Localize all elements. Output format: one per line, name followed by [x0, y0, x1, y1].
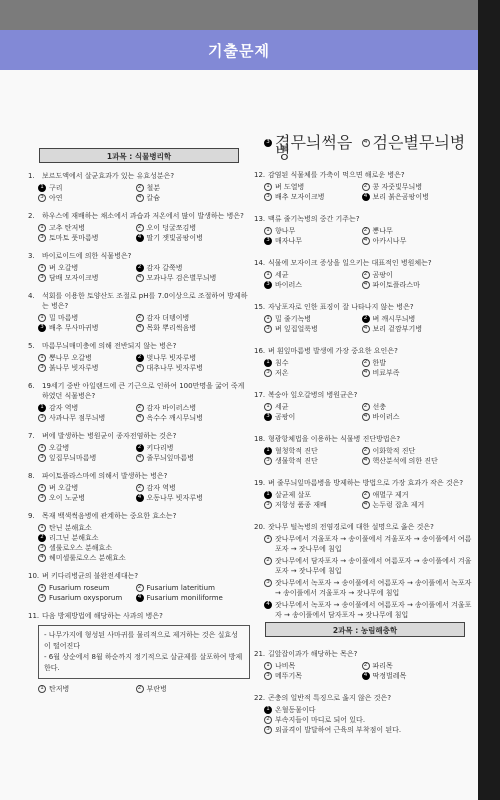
question-text: 벼 키다리병균의 불완전세대는? [42, 571, 250, 581]
option-marker: 3 [38, 194, 46, 202]
options: 1세균2곰팡이3바이러스4파이토플라스마 [254, 270, 476, 290]
answer-option: 1벼 오갈병 [38, 263, 136, 273]
option-label: 저항성 품종 재배 [275, 500, 362, 510]
option-label: 모과나무 검은별무늬병 [147, 273, 250, 283]
option-label: 키다리병 [147, 443, 250, 453]
option-marker: 1 [38, 524, 46, 532]
question-head: 20.잣나무 털녹병의 전염경로에 대한 설명으로 옳은 것은? [254, 522, 476, 532]
option-label: 선충 [373, 402, 476, 412]
answer-option: 3붉나무 빗자루병 [38, 363, 136, 373]
question-text: 목재 백색썩음병에 관계하는 중요한 효소는? [42, 511, 250, 521]
answer-option: 2감자 역병 [136, 483, 250, 493]
question-text: 보르도액에서 살균효과가 있는 유효성분은? [42, 171, 250, 181]
note-line: - 나무가지에 형성된 사마귀를 물리적으로 제거하는 것은 실효성이 떨어진다 [44, 630, 244, 652]
answer-option: 3배추 무사마귀병 [38, 323, 136, 333]
option-marker: 4 [136, 274, 144, 282]
question-head: 8.파이토플라스마에 의해서 발생하는 병은? [28, 471, 250, 481]
option-marker: 4 [136, 414, 144, 422]
page-title: 기출문제 [208, 40, 270, 61]
question-q5: 5.마름무늬매미충에 의해 전반되지 않는 병은?1뽕나무 오갈병2벚나무 빗자… [28, 341, 250, 373]
option-label: 잣나무에서 녹포자 → 송이풀에서 여름포자 → 송이풀에서 겨울포자 → 송이… [275, 600, 476, 620]
answer-option: 4대추나무 빗자루병 [136, 363, 250, 373]
question-text: 바이로이드에 의한 식물병은? [42, 251, 250, 261]
option-marker: 3 [264, 325, 272, 333]
option-label: 오동나무 빗자루병 [147, 493, 250, 503]
answer-option: 2뽕나무 [362, 226, 476, 236]
selected-answer-marker: 1 [38, 404, 46, 412]
option-label: 벼 오갈병 [49, 263, 136, 273]
option-label: 칼슘 [147, 193, 250, 203]
selected-answer-marker: 1 [264, 359, 272, 367]
answer-option: 2애멸구 제거 [362, 490, 476, 500]
options: 1구리2철분3아연4칼슘 [28, 183, 250, 203]
option-label: 고추 탄저병 [49, 223, 136, 233]
question-head: 7.벼에 발생하는 병원균이 종자전염하는 것은? [28, 431, 250, 441]
answer-option: 2부란병 [136, 684, 250, 694]
option-label: 향나무 [275, 226, 362, 236]
answer-option: 2곰팡이 [362, 270, 476, 280]
option-marker: 4 [362, 413, 370, 421]
answer-option: 2오이 덩굴쪼김병 [136, 223, 250, 233]
question-head: 22.곤충의 일반적 특징으로 옳지 않은 것은? [254, 693, 476, 703]
option-marker: 4 [136, 454, 144, 462]
option-label: 벼 잎집얼룩병 [275, 324, 362, 334]
document-page: 1과목 : 식물병리학1.보르도액에서 살균효과가 있는 유효성분은?1구리2철… [0, 70, 478, 800]
question-number: 10. [28, 571, 42, 581]
question-head: 16.벼 흰잎마름병 발생에 가장 중요한 요인은? [254, 346, 476, 356]
option-label: 곰팡이 [275, 412, 362, 422]
question-number: 13. [254, 214, 268, 224]
answer-option: 1혈청학적 진단 [264, 446, 362, 456]
question-q13: 13.맥류 줄기녹병의 중간 기주는?1향나무2뽕나무3매자나무4아카시나무 [254, 214, 476, 246]
answer-option: 4모과나무 검은별무늬병 [136, 273, 250, 283]
selected-answer-marker: 3 [264, 237, 272, 245]
option-label: 탄저병 [49, 684, 136, 694]
question-text: 19세기 중반 아일랜드에 큰 기근으로 인하여 100만명을 굶어 죽게 하였… [42, 381, 250, 401]
selected-answer-marker: 3 [264, 281, 272, 289]
question-text: 잣나무 털녹병의 전염경로에 대한 설명으로 옳은 것은? [268, 522, 476, 532]
option-label: 보리 겉깜부기병 [373, 324, 476, 334]
answer-option: 1밀 마름병 [38, 313, 136, 323]
option-label: 오이 노균병 [49, 493, 136, 503]
question-head: 1.보르도액에서 살균효과가 있는 유효성분은? [28, 171, 250, 181]
option-marker: 2 [362, 447, 370, 455]
option-label: 논두렁 잡초 제거 [373, 500, 476, 510]
option-label: 사과나무 점무늬병 [49, 413, 136, 423]
options: 1혈청학적 진단2이화학적 진단3생물학적 진단4핵산분석에 의한 진단 [254, 446, 476, 466]
option-label: 배추 모자이크병 [275, 192, 362, 202]
option-label: 줄무늬잎마름병 [147, 453, 250, 463]
answer-option: 4줄무늬잎마름병 [136, 453, 250, 463]
option-marker: 3 [38, 274, 46, 282]
option-marker: 1 [38, 484, 46, 492]
options: 1뽕나무 오갈병2벚나무 빗자루병3붉나무 빗자루병4대추나무 빗자루병 [28, 353, 250, 373]
option-marker: 2 [136, 314, 144, 322]
question-number: 18. [254, 434, 268, 444]
option-marker: 2 [136, 584, 144, 592]
answer-option: 3매자나무 [264, 236, 362, 246]
option-label: 토마토 풋마름병 [49, 233, 136, 243]
option-label: 감자 역병 [147, 483, 250, 493]
option-label: 잣나무에서 겨울포자 → 송이풀에서 겨울포자 → 송이풀에서 여름포자 → 잣… [275, 534, 476, 554]
answer-option: 4핵산분석에 의한 진단 [362, 456, 476, 466]
option-label: 잣나무에서 담자포자 → 송이풀에서 여름포자 → 송이풀에서 겨울포자 → 잣… [275, 556, 476, 576]
question-number: 20. [254, 522, 268, 532]
answer-option: 1탄저병 [38, 684, 136, 694]
option-label: 파이토플라스마 [373, 280, 476, 290]
answer-option: 3토마토 풋마름병 [38, 233, 136, 243]
option-marker: 4 [362, 369, 370, 377]
answer-option: 3벼 잎집얼룩병 [264, 324, 362, 334]
options: 1Fusarium roseum2Fusarium lateritium3Fus… [28, 583, 250, 603]
answer-option: 2리그닌 분해효소 [38, 533, 250, 543]
option-label: 핵산분석에 의한 진단 [373, 456, 476, 466]
option-label: 세균 [275, 270, 362, 280]
options: 1밀 마름병2감자 더뎅이병3배추 무사마귀병4목화 뿌리썩음병 [28, 313, 250, 333]
option-marker: 3 [264, 501, 272, 509]
option-label: 아카시나무 [373, 236, 476, 246]
selected-answer-marker: 3 [264, 413, 272, 421]
option-marker: 1 [38, 685, 46, 693]
option-marker: 2 [362, 271, 370, 279]
option-marker: 3 [264, 369, 272, 377]
question-q2: 2.하우스에 재배하는 채소에서 과습과 저온에서 많이 발생하는 병은?1고추… [28, 211, 250, 243]
section-header-sec1: 1과목 : 식물병리학 [39, 148, 239, 163]
option-label: 바이러스 [373, 412, 476, 422]
question-head: 9.목재 백색썩음병에 관계하는 중요한 효소는? [28, 511, 250, 521]
answer-option: 1벼 오갈병 [38, 483, 136, 493]
options: 1오갈병2키다리병3잎집무늬마름병4줄무늬잎마름병 [28, 443, 250, 463]
answer-option: 1감자 역병 [38, 403, 136, 413]
question-number: 14. [254, 258, 268, 268]
answer-option: 2감자 갈쭉병 [136, 263, 250, 273]
options-continued: 3겹무늬썩음병4검은별무늬병 [254, 138, 476, 158]
question-number: 4. [28, 291, 42, 311]
question-number: 17. [254, 390, 268, 400]
question-head: 11.다음 방제방법에 해당하는 사과의 병은? [28, 611, 250, 621]
question-text: 마름무늬매미충에 의해 전반되지 않는 병은? [42, 341, 250, 351]
option-marker: 4 [362, 237, 370, 245]
option-label: Fusarium lateritium [147, 583, 250, 593]
question-head: 4.석회를 이용한 토양산도 조절로 pH를 7.0이상으로 조절하여 방제하는… [28, 291, 250, 311]
answer-option: 4파이토플라스마 [362, 280, 476, 290]
option-label: 아연 [49, 193, 136, 203]
selected-answer-marker: 4 [362, 193, 370, 201]
question-head: 13.맥류 줄기녹병의 중간 기주는? [254, 214, 476, 224]
option-marker: 1 [264, 227, 272, 235]
answer-option: 2키다리병 [136, 443, 250, 453]
option-label: 뽕나무 [373, 226, 476, 236]
answer-option: 3담배 모자이크병 [38, 273, 136, 283]
answer-option: 1밀 줄기녹병 [264, 314, 362, 324]
selected-answer-marker: 4 [136, 234, 144, 242]
question-note-box: - 나무가지에 형성된 사마귀를 물리적으로 제거하는 것은 실효성이 떨어진다… [38, 625, 250, 679]
option-label: 메뚜기목 [275, 671, 362, 681]
question-number: 5. [28, 341, 42, 351]
option-marker: 2 [362, 227, 370, 235]
option-label: 리그닌 분해효소 [49, 533, 250, 543]
option-marker: 2 [362, 359, 370, 367]
option-label: 목화 뿌리썩음병 [147, 323, 250, 333]
question-text: 곤충의 일반적 특징으로 옳지 않은 것은? [268, 693, 476, 703]
option-label: 벼 오갈병 [49, 483, 136, 493]
option-label: 셀룰로오스 분해효소 [49, 543, 250, 553]
answer-option: 2파리목 [362, 661, 476, 671]
question-head: 21.길앞잡이과가 해당하는 목은? [254, 649, 476, 659]
question-number: 9. [28, 511, 42, 521]
option-label: 저온 [275, 368, 362, 378]
option-label: 비료부족 [373, 368, 476, 378]
option-label: 침수 [275, 358, 362, 368]
option-label: 담배 모자이크병 [49, 273, 136, 283]
question-text: 감염된 식물체를 가축이 먹으면 해로운 병은? [268, 170, 476, 180]
option-label: 부속지들이 마디로 되어 있다. [275, 715, 476, 725]
question-text: 형광항체법을 이용하는 식물병 진단방법은? [268, 434, 476, 444]
selected-answer-marker: 3 [264, 139, 272, 147]
option-label: 부란병 [147, 684, 250, 694]
right-column: 3겹무늬썩음병4검은별무늬병12.감염된 식물체를 가축이 먹으면 해로운 병은… [254, 138, 476, 735]
options: 1세균2선충3곰팡이4바이러스 [254, 402, 476, 422]
option-label: 잣나무에서 녹포자 → 송이풀에서 여름포자 → 송이풀에서 녹포자 → 송이풀… [275, 578, 476, 598]
option-label: 감자 갈쭉병 [147, 263, 250, 273]
question-number: 19. [254, 478, 268, 488]
option-marker: 1 [264, 183, 272, 191]
option-marker: 3 [38, 364, 46, 372]
answer-option: 1탄닌 분해효소 [38, 523, 250, 533]
question-q1: 1.보르도액에서 살균효과가 있는 유효성분은?1구리2철분3아연4칼슘 [28, 171, 250, 203]
question-head: 18.형광항체법을 이용하는 식물병 진단방법은? [254, 434, 476, 444]
selected-answer-marker: 1 [264, 491, 272, 499]
answer-option: 1온혈동물이다 [264, 705, 476, 715]
answer-option: 1세균 [264, 270, 362, 280]
option-label: 보리 붉은곰팡이병 [373, 192, 476, 202]
question-number: 15. [254, 302, 268, 312]
selected-answer-marker: 2 [136, 354, 144, 362]
option-label: 철분 [147, 183, 250, 193]
answer-option: 3생물학적 진단 [264, 456, 362, 466]
answer-option: 3Fusarium oxysporum [38, 593, 136, 603]
question-q10: 10.벼 키다리병균의 불완전세대는?1Fusarium roseum2Fusa… [28, 571, 250, 603]
answer-option: 2잣나무에서 담자포자 → 송이풀에서 여름포자 → 송이풀에서 겨울포자 → … [264, 556, 476, 576]
answer-option: 4Fusarium moniliforme [136, 593, 250, 603]
option-label: 대추나무 빗자루병 [147, 363, 250, 373]
option-label: 온혈동물이다 [275, 705, 476, 715]
answer-option: 3잎집무늬마름병 [38, 453, 136, 463]
answer-option: 4옥수수 깨시무늬병 [136, 413, 250, 423]
question-number: 6. [28, 381, 42, 401]
option-label: Fusarium moniliforme [147, 593, 250, 603]
question-text: 하우스에 재배하는 채소에서 과습과 저온에서 많이 발생하는 병은? [42, 211, 250, 221]
question-q21: 21.길앞잡이과가 해당하는 목은?1나비목2파리목3메뚜기목4딱정벌레목 [254, 649, 476, 681]
answer-option: 1벼 도열병 [264, 182, 362, 192]
options: 1감자 역병2감자 바이러스병3사과나무 점무늬병4옥수수 깨시무늬병 [28, 403, 250, 423]
options: 1벼 오갈병2감자 갈쭉병3담배 모자이크병4모과나무 검은별무늬병 [28, 263, 250, 283]
selected-answer-marker: 2 [362, 315, 370, 323]
question-text: 벼 흰잎마름병 발생에 가장 중요한 요인은? [268, 346, 476, 356]
answer-option: 1구리 [38, 183, 136, 193]
question-head: 5.마름무늬매미충에 의해 전반되지 않는 병은? [28, 341, 250, 351]
answer-option: 3저항성 품종 재배 [264, 500, 362, 510]
answer-option: 3곰팡이 [264, 412, 362, 422]
question-number: 22. [254, 693, 268, 703]
question-number: 2. [28, 211, 42, 221]
selected-answer-marker: 4 [264, 601, 272, 609]
option-marker: 2 [136, 184, 144, 192]
option-marker: 2 [136, 224, 144, 232]
question-head: 14.식물에 모자이크 증상을 일으키는 대표적인 병원체는? [254, 258, 476, 268]
option-marker: 1 [264, 662, 272, 670]
option-marker: 4 [362, 281, 370, 289]
options: 1벼 오갈병2감자 역병3오이 노균병4오동나무 빗자루병 [28, 483, 250, 503]
answer-option: 4딸기 잿빛곰팡이병 [136, 233, 250, 243]
question-head: 17.복숭아 잎오갈병의 병원균은? [254, 390, 476, 400]
option-marker: 3 [264, 457, 272, 465]
option-marker: 4 [136, 324, 144, 332]
question-text: 벼 줄무늬잎마름병을 방제하는 방법으로 가장 효과가 작은 것은? [268, 478, 476, 488]
question-number: 8. [28, 471, 42, 481]
answer-option: 4목화 뿌리썩음병 [136, 323, 250, 333]
question-q4: 4.석회를 이용한 토양산도 조절로 pH를 7.0이상으로 조절하여 방제하는… [28, 291, 250, 333]
option-marker: 1 [38, 314, 46, 322]
option-marker: 3 [38, 494, 46, 502]
option-label: 딸기 잿빛곰팡이병 [147, 233, 250, 243]
answer-option: 3저온 [264, 368, 362, 378]
question-q15: 15.자낭포자로 인한 표징이 잘 나타나지 않는 병은?1밀 줄기녹병2벼 깨… [254, 302, 476, 334]
question-head: 12.감염된 식물체를 가축이 먹으면 해로운 병은? [254, 170, 476, 180]
question-head: 15.자낭포자로 인한 표징이 잘 나타나지 않는 병은? [254, 302, 476, 312]
question-head: 6.19세기 중반 아일랜드에 큰 기근으로 인하여 100만명을 굶어 죽게 … [28, 381, 250, 401]
option-label: 살균제 살포 [275, 490, 362, 500]
question-q17: 17.복숭아 잎오갈병의 병원균은?1세균2선충3곰팡이4바이러스 [254, 390, 476, 422]
answer-option: 3외골격이 발달하여 근육의 부착점이 된다. [264, 725, 476, 735]
selected-answer-marker: 4 [136, 494, 144, 502]
options: 1침수2한발3저온4비료부족 [254, 358, 476, 378]
question-q18: 18.형광항체법을 이용하는 식물병 진단방법은?1혈청학적 진단2이화학적 진… [254, 434, 476, 466]
selected-answer-marker: 1 [38, 184, 46, 192]
option-label: 벚나무 빗자루병 [147, 353, 250, 363]
option-marker: 4 [136, 194, 144, 202]
answer-option: 1고추 탄저병 [38, 223, 136, 233]
answer-option: 3사과나무 점무늬병 [38, 413, 136, 423]
question-number: 12. [254, 170, 268, 180]
question-number: 3. [28, 251, 42, 261]
option-label: 혈청학적 진단 [275, 446, 362, 456]
option-label: 뽕나무 오갈병 [49, 353, 136, 363]
option-label: 밀 마름병 [49, 313, 136, 323]
answer-option: 1뽕나무 오갈병 [38, 353, 136, 363]
answer-option: 1세균 [264, 402, 362, 412]
answer-option: 2Fusarium lateritium [136, 583, 250, 593]
answer-option: 3겹무늬썩음병 [264, 138, 362, 158]
question-text: 자낭포자로 인한 표징이 잘 나타나지 않는 병은? [268, 302, 476, 312]
question-q19: 19.벼 줄무늬잎마름병을 방제하는 방법으로 가장 효과가 작은 것은?1살균… [254, 478, 476, 510]
question-text: 맥류 줄기녹병의 중간 기주는? [268, 214, 476, 224]
option-label: Fusarium roseum [49, 583, 136, 593]
option-label: 딱정벌레목 [373, 671, 476, 681]
question-q20: 20.잣나무 털녹병의 전염경로에 대한 설명으로 옳은 것은?1잣나무에서 겨… [254, 522, 476, 620]
answer-option: 4아카시나무 [362, 236, 476, 246]
answer-option: 4보리 붉은곰팡이병 [362, 192, 476, 202]
answer-option: 4칼슘 [136, 193, 250, 203]
option-marker: 1 [38, 354, 46, 362]
question-head: 2.하우스에 재배하는 채소에서 과습과 저온에서 많이 발생하는 병은? [28, 211, 250, 221]
option-label: 외골격이 발달하여 근육의 부착점이 된다. [275, 725, 476, 735]
answer-option: 1향나무 [264, 226, 362, 236]
option-label: 겹무늬썩음병 [275, 138, 362, 158]
option-label: 생물학적 진단 [275, 456, 362, 466]
option-label: 밀 줄기녹병 [275, 314, 362, 324]
answer-option: 3잣나무에서 녹포자 → 송이풀에서 여름포자 → 송이풀에서 녹포자 → 송이… [264, 578, 476, 598]
option-marker: 1 [38, 224, 46, 232]
answer-option: 4오동나무 빗자루병 [136, 493, 250, 503]
answer-option: 2벼 깨시무늬병 [362, 314, 476, 324]
option-label: 세균 [275, 402, 362, 412]
option-label: 옥수수 깨시무늬병 [147, 413, 250, 423]
option-marker: 1 [38, 584, 46, 592]
answer-option: 1오갈병 [38, 443, 136, 453]
answer-option: 4바이러스 [362, 412, 476, 422]
answer-option: 2이화학적 진단 [362, 446, 476, 456]
question-q6: 6.19세기 중반 아일랜드에 큰 기근으로 인하여 100만명을 굶어 죽게 … [28, 381, 250, 423]
option-label: 감자 더뎅이병 [147, 313, 250, 323]
question-q9: 9.목재 백색썩음병에 관계하는 중요한 효소는?1탄닌 분해효소2리그닌 분해… [28, 511, 250, 563]
answer-option: 2콩 자줏빛무늬병 [362, 182, 476, 192]
title-banner: 기출문제 [0, 30, 478, 70]
question-q12: 12.감염된 식물체를 가축이 먹으면 해로운 병은?1벼 도열병2콩 자줏빛무… [254, 170, 476, 202]
option-marker: 1 [264, 535, 272, 543]
question-text: 석회를 이용한 토양산도 조절로 pH를 7.0이상으로 조절하여 방제하는 병… [42, 291, 250, 311]
answer-option: 2철분 [136, 183, 250, 193]
options: 1잣나무에서 겨울포자 → 송이풀에서 겨울포자 → 송이풀에서 여름포자 → … [254, 534, 476, 620]
answer-option: 4헤미셀룰로오스 분해효소 [38, 553, 250, 563]
question-q8: 8.파이토플라스마에 의해서 발생하는 병은?1벼 오갈병2감자 역병3오이 노… [28, 471, 250, 503]
question-q3: 3.바이로이드에 의한 식물병은?1벼 오갈병2감자 갈쭉병3담배 모자이크병4… [28, 251, 250, 283]
answer-option: 1Fusarium roseum [38, 583, 136, 593]
options: 1향나무2뽕나무3매자나무4아카시나무 [254, 226, 476, 246]
option-marker: 4 [362, 501, 370, 509]
option-marker: 3 [38, 544, 46, 552]
question-number: 7. [28, 431, 42, 441]
option-label: 잎집무늬마름병 [49, 453, 136, 463]
answer-option: 2선충 [362, 402, 476, 412]
answer-option: 4딱정벌레목 [362, 671, 476, 681]
option-label: 오갈병 [49, 443, 136, 453]
answer-option: 3메뚜기목 [264, 671, 362, 681]
option-marker: 3 [264, 193, 272, 201]
option-marker: 1 [264, 315, 272, 323]
option-marker: 4 [38, 554, 46, 562]
question-text: 복숭아 잎오갈병의 병원균은? [268, 390, 476, 400]
option-marker: 2 [136, 404, 144, 412]
option-label: 감자 역병 [49, 403, 136, 413]
question-number: 11. [28, 611, 42, 621]
selected-answer-marker: 4 [362, 672, 370, 680]
answer-option: 3셀룰로오스 분해효소 [38, 543, 250, 553]
selected-answer-marker: 1 [264, 447, 272, 455]
answer-option: 1나비목 [264, 661, 362, 671]
section-header-sec2: 2과목 : 농림해충학 [265, 622, 465, 637]
question-head: 3.바이로이드에 의한 식물병은? [28, 251, 250, 261]
screen: { "window": { "top_bar_color": "#7b7b7b"… [0, 0, 500, 800]
option-label: 배추 무사마귀병 [49, 323, 136, 333]
options: 1고추 탄저병2오이 덩굴쪼김병3토마토 풋마름병4딸기 잿빛곰팡이병 [28, 223, 250, 243]
question-q16: 16.벼 흰잎마름병 발생에 가장 중요한 요인은?1침수2한발3저온4비료부족 [254, 346, 476, 378]
option-label: 벼 도열병 [275, 182, 362, 192]
question-number: 16. [254, 346, 268, 356]
question-text: 파이토플라스마에 의해서 발생하는 병은? [42, 471, 250, 481]
status-bar [0, 0, 478, 30]
answer-option: 4잣나무에서 녹포자 → 송이풀에서 여름포자 → 송이풀에서 겨울포자 → 송… [264, 600, 476, 620]
